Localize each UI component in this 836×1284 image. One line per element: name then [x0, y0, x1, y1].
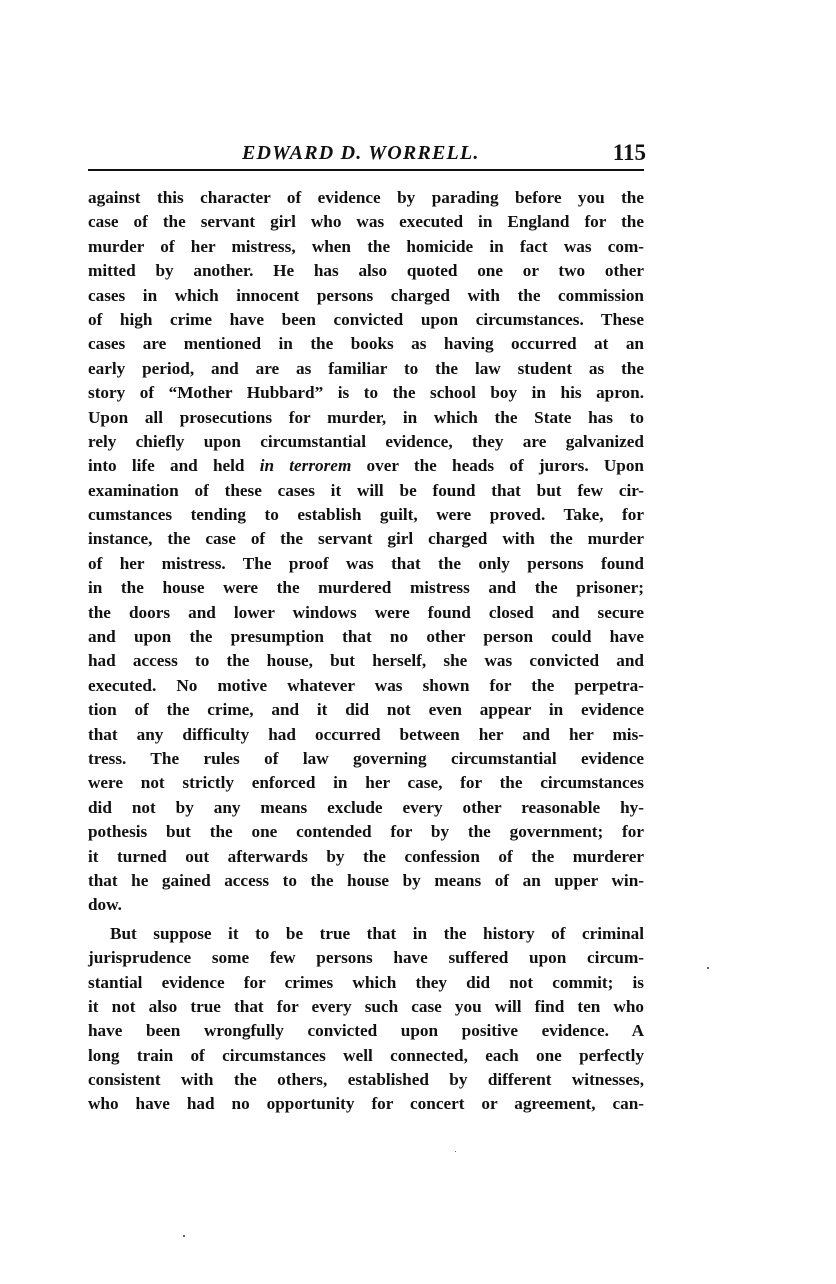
- text-line: cases are mentioned in the books as havi…: [88, 332, 644, 356]
- text-line: of her mistress. The proof was that the …: [88, 552, 644, 576]
- body-text: against this character of evidence by pa…: [88, 186, 644, 1117]
- text-line: murder of her mistress, when the homicid…: [88, 235, 644, 259]
- text-line: cases in which innocent persons charged …: [88, 284, 644, 308]
- text-line: who have had no opportunity for concert …: [88, 1092, 644, 1116]
- text-line: did not by any means exclude every other…: [88, 796, 644, 820]
- paragraph-1: against this character of evidence by pa…: [88, 186, 644, 918]
- text-line: had access to the house, but herself, sh…: [88, 649, 644, 673]
- text-run: over the heads of jurors. Upon: [351, 456, 644, 475]
- text-line: case of the servant girl who was execute…: [88, 210, 644, 234]
- header-rule: [88, 169, 644, 171]
- text-line: examination of these cases it will be fo…: [88, 479, 644, 503]
- text-line: early period, and are as familiar to the…: [88, 357, 644, 381]
- scan-speck: [183, 1235, 185, 1237]
- text-line: against this character of evidence by pa…: [88, 186, 644, 210]
- text-line: and upon the presumption that no other p…: [88, 625, 644, 649]
- text-line: tress. The rules of law governing circum…: [88, 747, 644, 771]
- running-title: EDWARD D. WORRELL.: [242, 142, 480, 165]
- text-line: story of “Mother Hubbard” is to the scho…: [88, 381, 644, 405]
- text-line: dow.: [88, 893, 644, 917]
- text-line: instance, the case of the servant girl c…: [88, 527, 644, 551]
- text-line: in the house were the murdered mistress …: [88, 576, 644, 600]
- text-line: that he gained access to the house by me…: [88, 869, 644, 893]
- text-line: mitted by another. He has also quoted on…: [88, 259, 644, 283]
- text-line: rely chiefly upon circumstantial evidenc…: [88, 430, 644, 454]
- text-line: of high crime have been convicted upon c…: [88, 308, 644, 332]
- text-line: executed. No motive whatever was shown f…: [88, 674, 644, 698]
- text-line: pothesis but the one contended for by th…: [88, 820, 644, 844]
- text-line: But suppose it to be true that in the hi…: [88, 922, 644, 946]
- text-line: have been wrongfully convicted upon posi…: [88, 1019, 644, 1043]
- text-line: it turned out afterwards by the confessi…: [88, 845, 644, 869]
- paragraph-2: But suppose it to be true that in the hi…: [88, 922, 644, 1117]
- scan-speck: [455, 1151, 456, 1152]
- text-line: the doors and lower windows were found c…: [88, 601, 644, 625]
- running-head: EDWARD D. WORRELL. 115: [88, 138, 644, 168]
- text-line: stantial evidence for crimes which they …: [88, 971, 644, 995]
- text-line: tion of the crime, and it did not even a…: [88, 698, 644, 722]
- latin-phrase: in terrorem: [260, 456, 352, 475]
- text-line: that any difficulty had occurred between…: [88, 723, 644, 747]
- text-line: into life and held in terrorem over the …: [88, 454, 644, 478]
- page-number: 115: [613, 140, 646, 166]
- text-line: cumstances tending to establish guilt, w…: [88, 503, 644, 527]
- text-line: it not also true that for every such cas…: [88, 995, 644, 1019]
- text-line: were not strictly enforced in her case, …: [88, 771, 644, 795]
- text-line: consistent with the others, established …: [88, 1068, 644, 1092]
- text-line: Upon all prosecutions for murder, in whi…: [88, 406, 644, 430]
- text-run: into life and held: [88, 456, 260, 475]
- text-line: jurisprudence some few persons have suff…: [88, 946, 644, 970]
- scan-speck: [707, 967, 709, 969]
- text-line: long train of circumstances well connect…: [88, 1044, 644, 1068]
